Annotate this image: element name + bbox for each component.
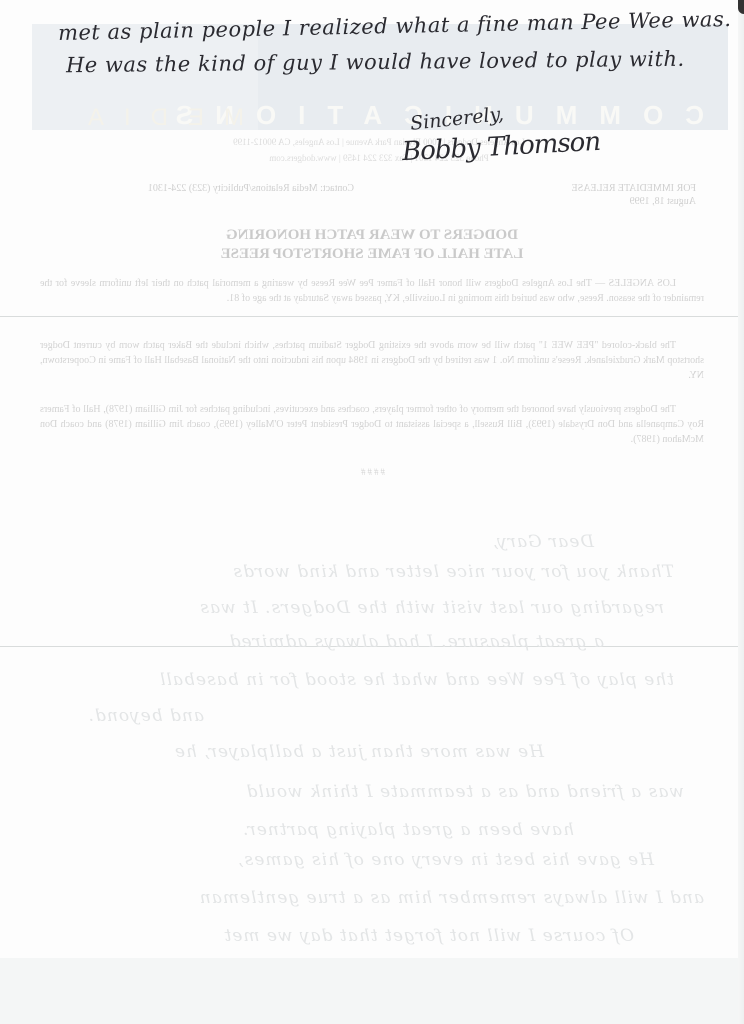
scanner-corner-mark bbox=[738, 0, 744, 14]
release-paragraph: The black-colored "PEE WEE 1" patch will… bbox=[40, 338, 704, 383]
press-release-bleed-through: COMMUNICATIONS MEDIA Los Angeles Dodgers… bbox=[0, 0, 744, 520]
scanner-edge bbox=[738, 0, 744, 1024]
ghost-line: Thank you for your nice letter and kind … bbox=[232, 562, 674, 582]
letterhead-word-right: MEDIA bbox=[68, 104, 244, 132]
release-headline: DODGERS TO WEAR PATCH HONORING LATE HALL… bbox=[0, 226, 744, 264]
letter-line: He was the kind of guy I would have love… bbox=[66, 47, 685, 77]
scanner-margin bbox=[0, 958, 744, 1024]
ghost-line: Dear Gary, bbox=[492, 532, 594, 552]
scanned-page: COMMUNICATIONS MEDIA Los Angeles Dodgers… bbox=[0, 0, 744, 1024]
letter-closing: Sincerely, bbox=[409, 103, 505, 135]
fold-line bbox=[0, 316, 744, 317]
ghost-line: was a friend and as a teammate I think w… bbox=[246, 782, 684, 802]
release-label: FOR IMMEDIATE RELEASE bbox=[572, 183, 696, 194]
letter-line: met as plain people I realized what a fi… bbox=[58, 7, 732, 45]
release-paragraph: The Dodgers previously have honored the … bbox=[40, 402, 704, 447]
ghost-line: He gave his best in every one of his gam… bbox=[237, 850, 654, 870]
ghost-line: have been a great playing partner. bbox=[242, 820, 574, 840]
ghost-line: a great pleasure. I had always admired bbox=[229, 632, 604, 652]
release-paragraph: LOS ANGELES — The Los Angeles Dodgers wi… bbox=[40, 276, 704, 306]
letterhead-address: Los Angeles Dodgers | 1000 Elysian Park … bbox=[34, 137, 724, 147]
headline-line: LATE HALL OF FAME SHORTSTOP REESE bbox=[0, 245, 744, 264]
release-date: August 18, 1999 bbox=[630, 196, 696, 207]
letterhead-phone: Phone 323 224 1301 | Fax 323 224 1459 | … bbox=[34, 153, 724, 163]
ghost-line: He was more than just a ballplayer, he bbox=[174, 742, 544, 762]
signature: Bobby Thomson bbox=[401, 127, 600, 167]
ghost-line: and beyond. bbox=[88, 706, 204, 726]
ghost-line: regarding our last visit with the Dodger… bbox=[199, 598, 664, 618]
ghost-line: and I will always remember him as a true… bbox=[199, 888, 704, 908]
ghost-line: Of course I will not forget that day we … bbox=[224, 926, 635, 946]
ghost-handwriting: Dear Gary, Thank you for your nice lette… bbox=[0, 520, 744, 960]
headline-line: DODGERS TO WEAR PATCH HONORING bbox=[0, 226, 744, 245]
fold-line bbox=[0, 646, 744, 647]
release-contact: Contact: Media Relations/Publicity (323)… bbox=[148, 183, 354, 194]
ghost-line: the play of Pee Wee and what he stood fo… bbox=[159, 670, 674, 690]
release-end-mark: #### bbox=[0, 467, 744, 477]
